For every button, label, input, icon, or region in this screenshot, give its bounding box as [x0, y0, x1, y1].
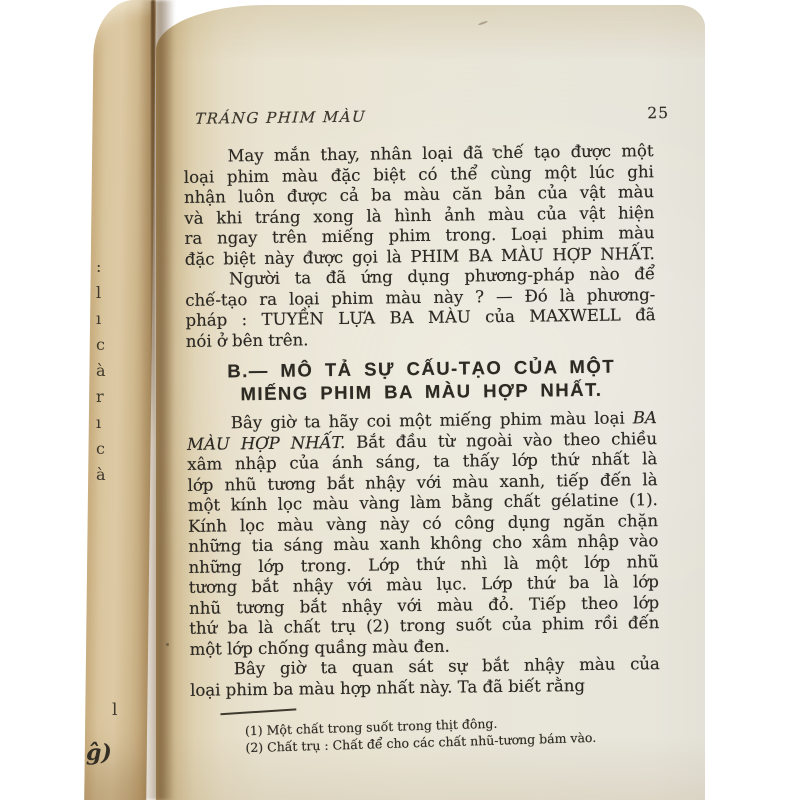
- book-gutter-shadow: [139, 0, 175, 800]
- gutter-crease: [151, 0, 155, 440]
- paragraph: Người ta đã ứng dụng phương-pháp nào đểc…: [185, 264, 656, 352]
- cutoff-letter: ı: [96, 414, 116, 431]
- cutoff-letter: c: [96, 440, 116, 457]
- paragraph: Bây giờ ta hãy coi một miếng phim màu lo…: [187, 408, 660, 660]
- text-run: MÀU HỢP NHẤT.: [187, 432, 345, 453]
- section-heading-line: MIẾNG PHIM BA MÀU HỢP NHẤT.: [186, 377, 656, 406]
- page-text: TRÁNG PHIM MÀU 25 May mắn thay, nhân loạ…: [183, 103, 661, 758]
- text-run: BA: [633, 408, 657, 427]
- footnotes: (1) Một chất trong suốt trong thịt đông.…: [191, 710, 662, 758]
- text-run: loại phim ba màu hợp nhất này. Ta đã biế…: [190, 676, 585, 700]
- text-run: nói ở bên trên.: [186, 330, 309, 350]
- running-title: TRÁNG PHIM MÀU: [195, 107, 367, 130]
- paper-speck: [166, 643, 169, 646]
- cutoff-letter: l: [96, 284, 116, 301]
- text-run: một lớp chống quầng màu đen.: [189, 636, 449, 658]
- text-line: nói ở bên trên.: [186, 326, 656, 352]
- cutoff-letter: :: [96, 258, 116, 275]
- paragraph: Bây giờ ta quan sát sự bắt nhậy màu củal…: [190, 654, 660, 701]
- book-photo: :lıcàrıcà l ĝ) TRÁNG PHIM MÀU 25 May mắn…: [0, 0, 800, 800]
- paragraph: May mắn thay, nhân loại đã chế tạo được …: [183, 141, 654, 270]
- text-run: Bây giờ ta quan sát sự bắt nhậy màu của: [234, 654, 660, 678]
- section-heading: B.— MÔ TẢ SỰ CẤU-TẠO CỦA MỘTMIẾNG PHIM B…: [186, 354, 657, 406]
- body-paragraphs: May mắn thay, nhân loại đã chế tạo được …: [183, 141, 660, 701]
- cutoff-letter: r: [96, 388, 116, 405]
- cutoff-letter: l: [112, 700, 117, 720]
- text-run: Bắt đầu từ ngoài vào theo chiều: [345, 429, 657, 452]
- cutoff-letter: ĝ): [86, 740, 112, 766]
- cutoff-letter: à: [96, 362, 116, 379]
- left-page-fragments: :lıcàrıcà: [96, 258, 116, 483]
- footnote-block: (1) Một chất trong suốt trong thịt đông.…: [190, 699, 661, 758]
- cutoff-letter: à: [96, 466, 116, 483]
- page-header: TRÁNG PHIM MÀU 25: [195, 103, 669, 130]
- footnote-separator: [220, 708, 296, 715]
- cutoff-letter: ı: [96, 310, 116, 327]
- cutoff-letter: c: [96, 336, 116, 353]
- text-line: loại phim ba màu hợp nhất này. Ta đã biế…: [190, 675, 660, 701]
- page-number: 25: [647, 103, 669, 124]
